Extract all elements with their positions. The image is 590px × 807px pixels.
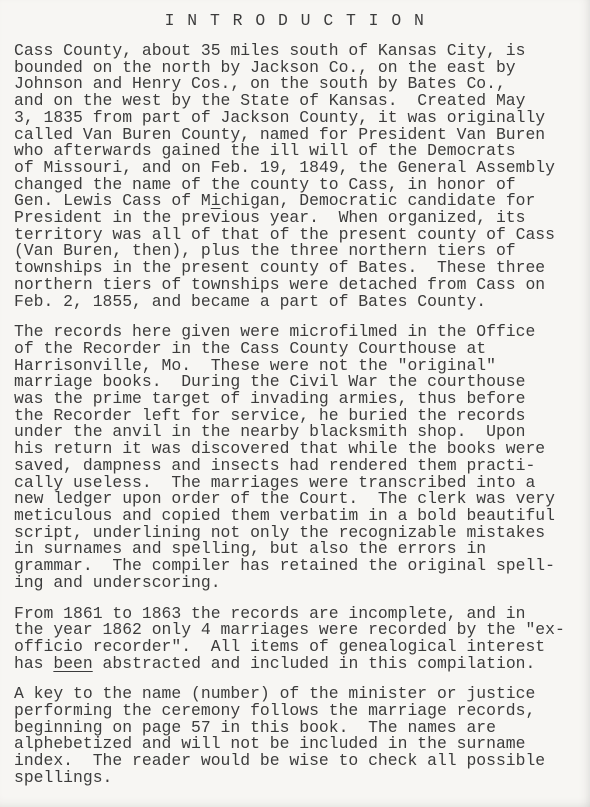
document-page: I N T R O D U C T I O N Cass County, abo… <box>0 0 590 807</box>
paragraph: Cass County, about 35 miles south of Kan… <box>14 43 580 310</box>
paragraph: The records here given were microfilmed … <box>14 324 580 591</box>
text-line: spellings. <box>14 770 580 787</box>
page-title: I N T R O D U C T I O N <box>0 0 590 30</box>
paragraph: A key to the name (number) of the minist… <box>14 686 580 786</box>
document-body: Cass County, about 35 miles south of Kan… <box>0 30 590 787</box>
paragraph: From 1861 to 1863 the records are incomp… <box>14 606 580 673</box>
text-line: ing and underscoring. <box>14 575 580 592</box>
text-line: has been abstracted and included in this… <box>14 656 580 673</box>
text-line: Feb. 2, 1855, and became a part of Bates… <box>14 294 580 311</box>
text-line: 3, 1835 from part of Jackson County, it … <box>14 110 580 127</box>
underscored-text: been <box>53 654 92 673</box>
